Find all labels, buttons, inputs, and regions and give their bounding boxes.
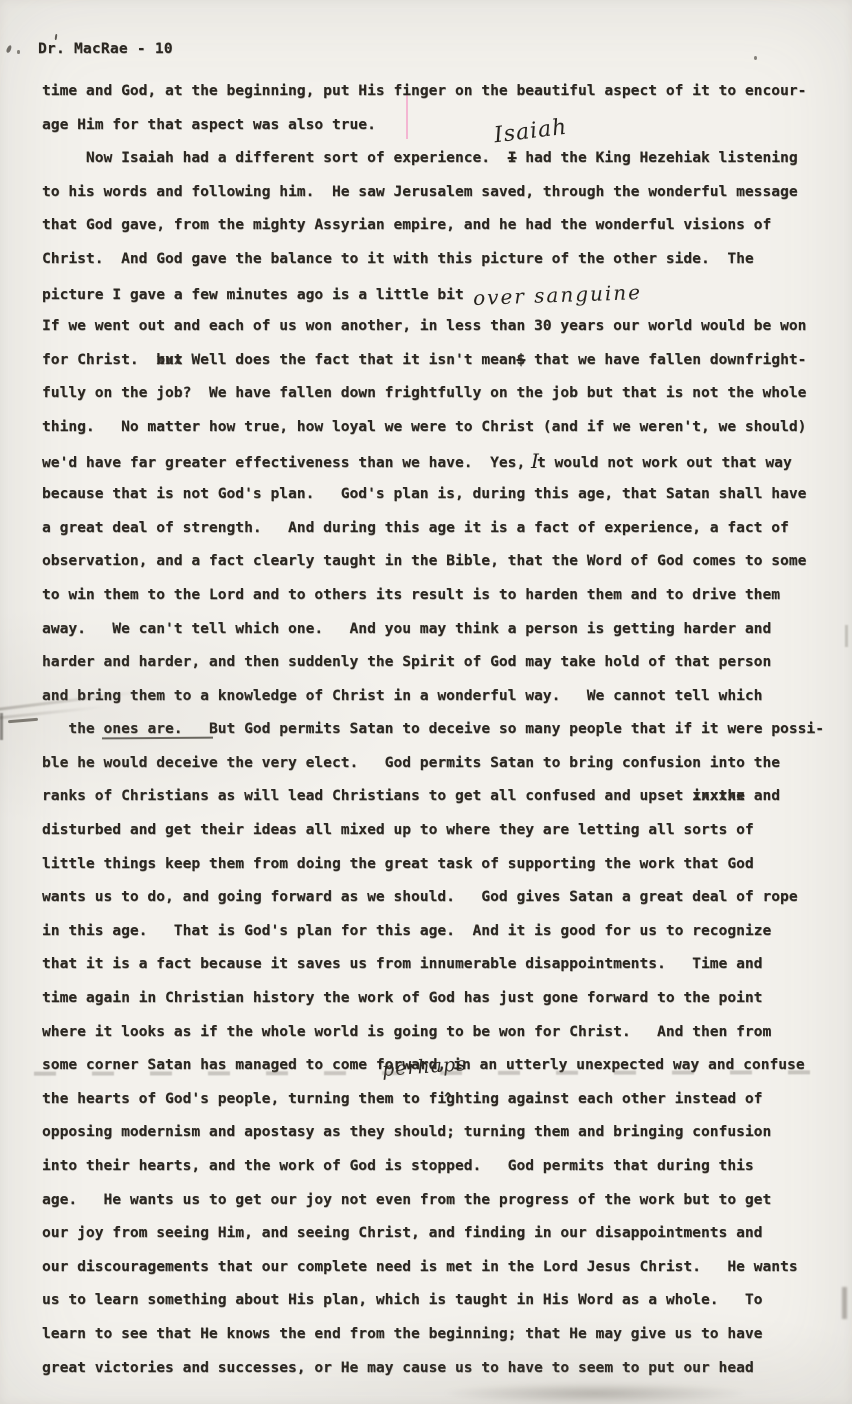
typescript-line: thing. No matter how true, how loyal we …: [42, 410, 842, 444]
typescript-line: age. He wants us to get our joy not even…: [42, 1183, 842, 1217]
typescript-line: the hearts of God's people, turning them…: [42, 1082, 842, 1116]
line-text: But God permits Satan to deceive so many…: [183, 720, 824, 737]
struck-character: $: [516, 351, 525, 368]
typescript-line: great victories and successes, or He may…: [42, 1351, 842, 1385]
handwritten-capital-i: I: [531, 445, 539, 479]
page-header: Dr. MacRae - 10: [38, 40, 173, 57]
typescript-line: in this age. That is God's plan for this…: [42, 914, 842, 948]
typescript-line: we'd have far greater effectiveness than…: [42, 444, 842, 478]
line-text: t would not work out that way: [537, 454, 792, 471]
typescript-line: our joy from seeing Him, and seeing Chri…: [42, 1216, 842, 1250]
typescript-line: some corner Satan has managed to come fo…: [42, 1048, 842, 1082]
scan-smudge: [445, 1383, 745, 1404]
typescript-line: that God gave, from the mighty Assyrian …: [42, 208, 842, 242]
typescript-line: into their hearts, and the work of God i…: [42, 1149, 842, 1183]
typescript-line: a great deal of strength. And during thi…: [42, 511, 842, 545]
typescript-line: Now Isaiah had a different sort of exper…: [42, 141, 842, 175]
line-text: that we have fallen downfright-: [525, 351, 806, 368]
scan-speck: [754, 56, 757, 60]
typescript-line: away. We can't tell which one. And you m…: [42, 612, 842, 646]
typescript-line: that it is a fact because it saves us fr…: [42, 947, 842, 981]
scan-speck: [6, 45, 13, 54]
typescript-line: little things keep them from doing the g…: [42, 847, 842, 881]
typescript-line: harder and harder, and then suddenly the…: [42, 645, 842, 679]
typescript-line: to his words and following him. He saw J…: [42, 175, 842, 209]
typescript-line: ble he would deceive the very elect. God…: [42, 746, 842, 780]
typescript-line: wants us to do, and going forward as we …: [42, 880, 842, 914]
typescript-line: our discouragements that our complete ne…: [42, 1250, 842, 1284]
line-text: Well does the fact that it isn't mean: [183, 351, 517, 368]
scan-edge-mark: [0, 713, 3, 740]
line-text: the: [42, 720, 104, 737]
handwritten-perhaps: perhaps: [381, 1048, 468, 1087]
x-struck-word: butxxx: [156, 343, 182, 377]
typescript-line: learn to see that He knows the end from …: [42, 1317, 842, 1351]
typescript-line: age Him for that aspect was also true.: [42, 108, 842, 142]
overstrike-x: xxx: [156, 343, 182, 377]
overstrike-x: xxxxxx: [692, 779, 745, 813]
typescript-line: for Christ. butxxx Well does the fact th…: [42, 343, 842, 377]
scan-edge-mark: [842, 1287, 847, 1319]
handwritten-isaiah: Isaiah: [492, 111, 569, 153]
correction-anchor: IIsaiah: [508, 141, 517, 175]
typescript-line: where it looks as if the whole world is …: [42, 1015, 842, 1049]
scanned-typescript-page: Dr. MacRae - 10 time and God, at the beg…: [0, 0, 852, 1404]
typescript-line: ranks of Christians as will lead Christi…: [42, 779, 842, 813]
line-text: in an utterly unexpected way and confuse: [453, 1056, 804, 1073]
typescript-line: and bring them to a knowledge of Christ …: [42, 679, 842, 713]
line-text: picture I gave a few minutes ago is a li…: [42, 286, 473, 303]
typescript-line: the ones are. But God permits Satan to d…: [42, 712, 842, 746]
typescript-line: to win them to the Lord and to others it…: [42, 578, 842, 612]
typescript-line: us to learn something about His plan, wh…: [42, 1283, 842, 1317]
caret-mark: ^: [444, 1082, 452, 1116]
typescript-line: because that is not God's plan. God's pl…: [42, 477, 842, 511]
typescript-line: opposing modernism and apostasy as they …: [42, 1115, 842, 1149]
scan-speck: [17, 50, 20, 54]
pencil-dash: [8, 718, 38, 723]
struck-character: I: [508, 149, 517, 166]
line-text: Now Isaiah had a different sort of exper…: [42, 149, 508, 166]
typescript-line: disturbed and get their ideas all mixed …: [42, 813, 842, 847]
line-text: for Christ.: [42, 351, 156, 368]
typescript-body: time and God, at the beginning, put His …: [42, 74, 842, 1384]
handwritten-over-sanguine: over sanguine: [472, 276, 642, 315]
typescript-line: If we went out and each of us won anothe…: [42, 309, 842, 343]
typescript-line: Christ. And God gave the balance to it w…: [42, 242, 842, 276]
typescript-line: picture I gave a few minutes ago is a li…: [42, 276, 842, 310]
line-text: we'd have far greater effectiveness than…: [42, 454, 534, 471]
typescript-line: observation, and a fact clearly taught i…: [42, 544, 842, 578]
line-text: and: [745, 787, 780, 804]
pencil-struck-text: ones are.: [104, 720, 183, 737]
typescript-line: time again in Christian history the work…: [42, 981, 842, 1015]
typescript-line: fully on the job? We have fallen down fr…: [42, 376, 842, 410]
x-struck-word: inxthexxxxxx: [692, 779, 745, 813]
line-text: ranks of Christians as will lead Christi…: [42, 787, 692, 804]
line-text: had the King Hezehiak listening: [516, 149, 797, 166]
scan-edge-mark: [845, 625, 848, 647]
typescript-line: time and God, at the beginning, put His …: [42, 74, 842, 108]
